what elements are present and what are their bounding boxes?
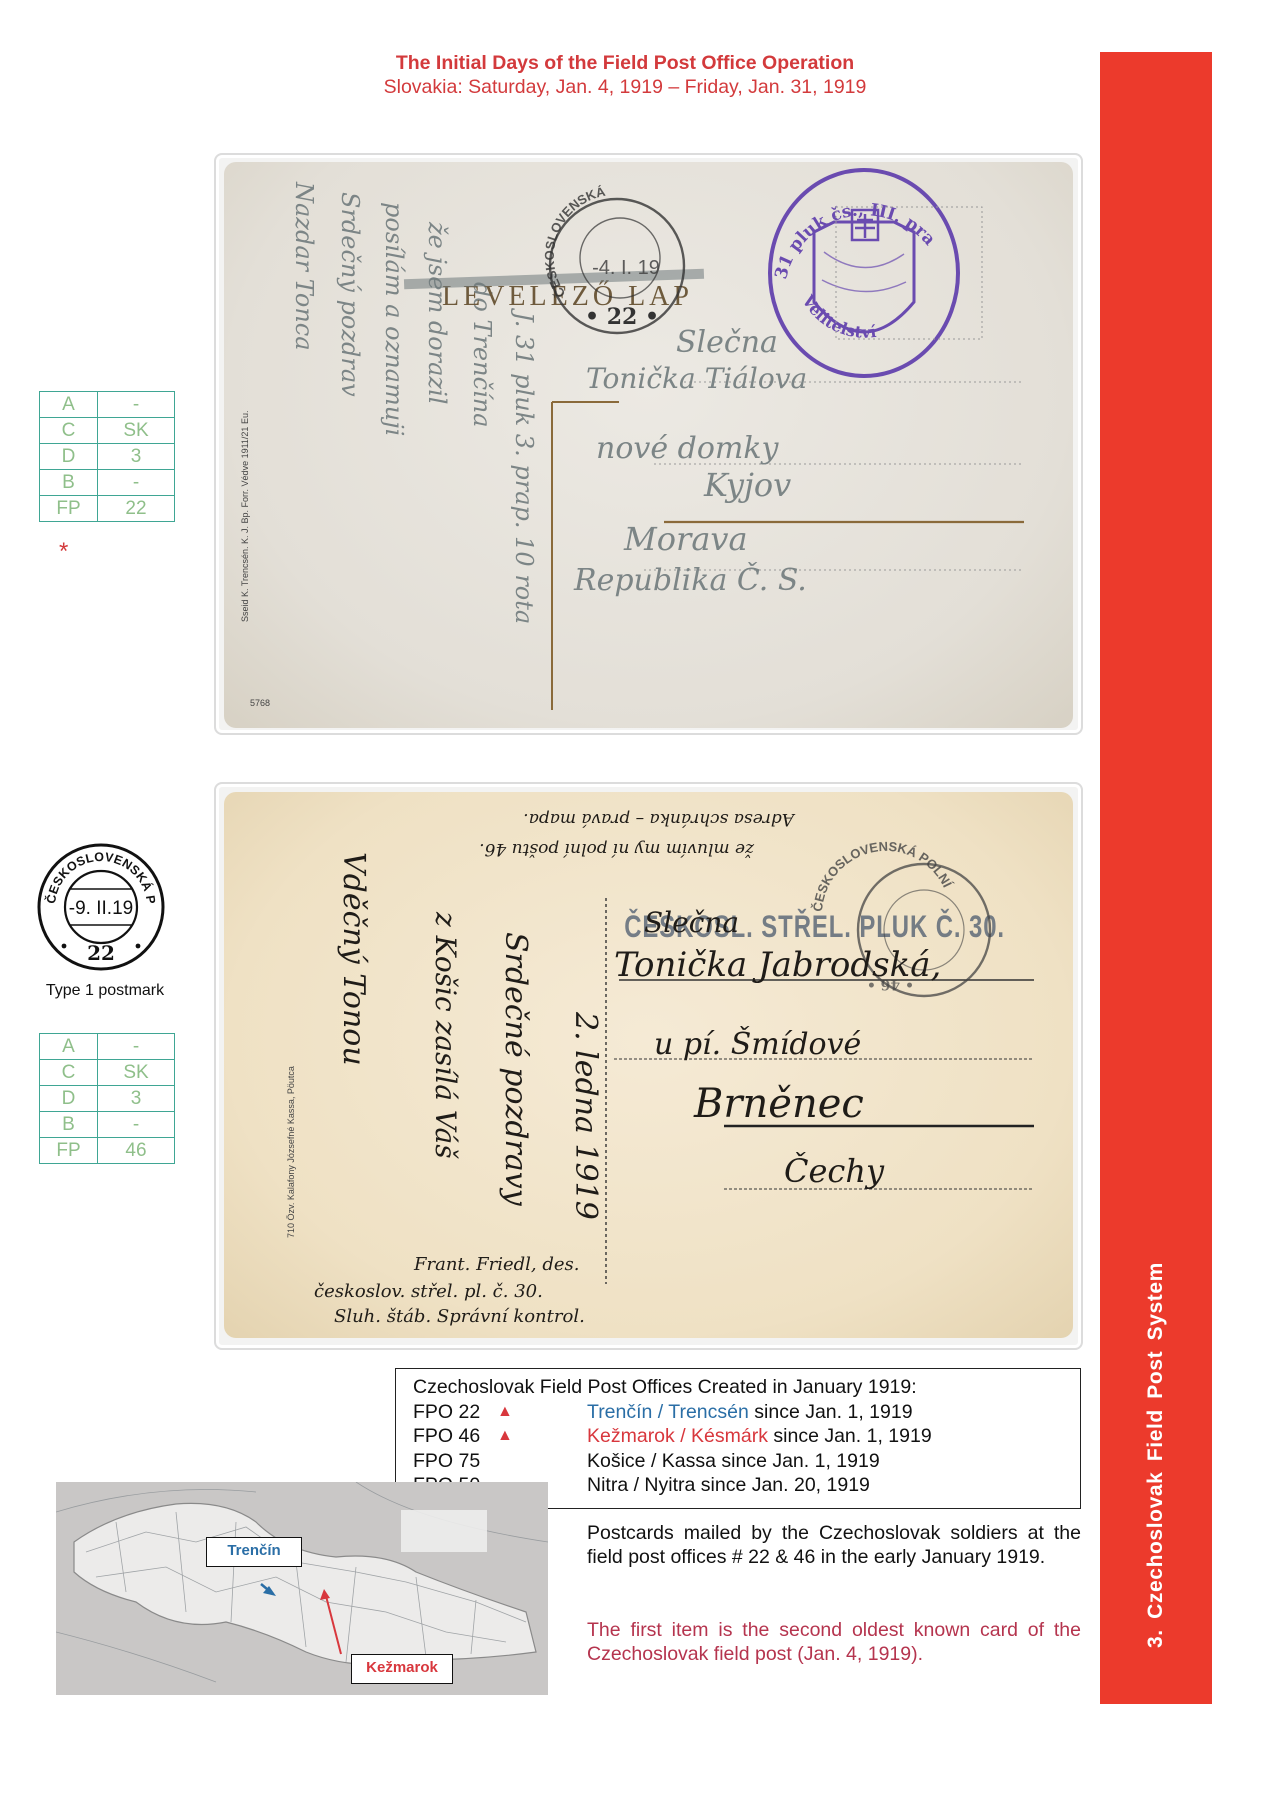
- svg-text:J. 31 pluk 3. prap. 10 rota: J. 31 pluk 3. prap. 10 rota: [510, 307, 538, 624]
- svg-text:u pí. Šmídové: u pí. Šmídové: [654, 1026, 861, 1062]
- svg-text:nové domky: nové domky: [596, 431, 780, 466]
- svg-text:Vděčný Tonou: Vděčný Tonou: [336, 852, 371, 1066]
- svg-text:z Košic zasílá Váš: z Košic zasílá Váš: [429, 911, 462, 1159]
- page-subtitle: Slovakia: Saturday, Jan. 4, 1919 – Frida…: [300, 76, 950, 99]
- svg-text:-9. II.19: -9. II.19: [69, 898, 133, 919]
- postcard-sleeve-2: 710 Özv. Kalafony Józsefné Kassa, Pöutca…: [214, 782, 1083, 1350]
- svg-text:ČESKOSLOVENSKÁ POLNÍ POŠTA: ČESKOSLOVENSKÁ POLNÍ POŠTA: [36, 842, 158, 905]
- grid-key: C: [40, 1060, 98, 1086]
- highlight-note: The first item is the second oldest know…: [587, 1618, 1081, 1666]
- grid-row: A-: [40, 1034, 175, 1060]
- postmark-caption: Type 1 postmark: [20, 982, 190, 1000]
- fpo-since: since Jan. 1, 1919: [716, 1449, 880, 1474]
- grid-value: 46: [98, 1138, 175, 1164]
- fpo-code: FPO 46: [413, 1424, 483, 1449]
- grid-value: -: [98, 1112, 175, 1138]
- fpo-location: Trenčín / Trencsén: [587, 1400, 749, 1425]
- svg-text:Brněnec: Brněnec: [693, 1081, 864, 1127]
- grid-row: CSK: [40, 418, 175, 444]
- page-title: The Initial Days of the Field Post Offic…: [300, 52, 950, 75]
- fpo-since: since Jan. 1, 1919: [749, 1400, 913, 1425]
- fpo-row: FPO 46 ▲ Kežmarok / Késmárk since Jan. 1…: [413, 1424, 1080, 1449]
- fpo-location: Nitra / Nyitra: [587, 1473, 695, 1498]
- map-label-kezmarok: Kežmarok: [351, 1654, 453, 1684]
- grid-value: -: [98, 392, 175, 418]
- triangle-marker-icon: ▲: [483, 1400, 587, 1425]
- classification-grid-fp46: A- CSK D3 B- FP46: [39, 1033, 175, 1164]
- grid-key: D: [40, 1086, 98, 1112]
- handwritten-message: Vděčný Tonouz Košic zasílá VášSrdečné po…: [336, 852, 603, 1220]
- grid-key: B: [40, 1112, 98, 1138]
- fpo-code: FPO 22: [413, 1400, 483, 1425]
- svg-text:Republika Č. S.: Republika Č. S.: [573, 562, 807, 598]
- grid-row: FP22: [40, 496, 175, 522]
- svg-text:že mluvím my ní polní poštu 46: že mluvím my ní polní poštu 46.: [479, 839, 755, 859]
- svg-text:že jsem dorazil: že jsem dorazil: [423, 221, 451, 404]
- grid-value: 3: [98, 1086, 175, 1112]
- postcard-sleeve-1: J. 31 pluk 3. prap. 10 rotado Trenčínaže…: [214, 153, 1083, 735]
- star-icon: *: [59, 540, 68, 564]
- fpo-row: FPO 75 Košice / Kassa since Jan. 1, 1919: [413, 1449, 1080, 1474]
- svg-text:22: 22: [87, 941, 115, 965]
- svg-text:Adresa schránka – pravá mapa.: Adresa schránka – pravá mapa.: [523, 809, 796, 829]
- grid-key: FP: [40, 496, 98, 522]
- grid-value: 3: [98, 444, 175, 470]
- classification-grid-fp22: A- CSK D3 B- FP22: [39, 391, 175, 522]
- grid-row: D3: [40, 1086, 175, 1112]
- grid-value: SK: [98, 418, 175, 444]
- grid-key: B: [40, 470, 98, 496]
- postcard-fpo22: J. 31 pluk 3. prap. 10 rotado Trenčínaže…: [224, 162, 1073, 728]
- svg-text:Tonička Tiálova: Tonička Tiálova: [586, 362, 807, 395]
- chapter-label: 3. Czechoslovak Field Post System: [1144, 1262, 1168, 1648]
- grid-key: A: [40, 392, 98, 418]
- fpo-since: since Jan. 20, 1919: [695, 1473, 870, 1498]
- grid-row: B-: [40, 1112, 175, 1138]
- grid-key: C: [40, 418, 98, 444]
- svg-text:Srdečný pozdrav: Srdečný pozdrav: [336, 192, 364, 397]
- grid-key: D: [40, 444, 98, 470]
- grid-row: B-: [40, 470, 175, 496]
- grid-key: A: [40, 1034, 98, 1060]
- handwritten-address: SlečnaTonička Tiálovanové domkyKyjovMora…: [573, 325, 807, 598]
- svg-text:Sluh. štáb. Správní kontrol.: Sluh. štáb. Správní kontrol.: [334, 1306, 585, 1327]
- postcard-fpo46: 710 Özv. Kalafony Józsefné Kassa, Pöutca…: [224, 792, 1073, 1338]
- grid-key: FP: [40, 1138, 98, 1164]
- svg-text:710 Özv. Kalafony Józsefné Kas: 710 Özv. Kalafony Józsefné Kassa, Pöutca: [286, 1066, 296, 1238]
- grid-row: D3: [40, 444, 175, 470]
- triangle-marker-icon: [483, 1449, 587, 1474]
- svg-text:Slečna: Slečna: [644, 906, 739, 939]
- svg-text:posílám a oznamuji: posílám a oznamuji: [380, 202, 408, 436]
- grid-value: -: [98, 1034, 175, 1060]
- svg-text:Tonička Jabrodská,: Tonička Jabrodská,: [614, 945, 941, 985]
- svg-text:Srdečné pozdravy: Srdečné pozdravy: [498, 932, 533, 1207]
- svg-text:• 22 •: • 22 •: [585, 304, 659, 330]
- grid-row: FP46: [40, 1138, 175, 1164]
- svg-text:5768: 5768: [250, 698, 270, 708]
- svg-text:Slečna: Slečna: [676, 325, 778, 360]
- grid-row: A-: [40, 392, 175, 418]
- type1-postmark-illustration: ČESKOSLOVENSKÁ POLNÍ POŠTA -9. II.19 22: [36, 842, 166, 972]
- grid-value: 22: [98, 496, 175, 522]
- chapter-side-band: 3. Czechoslovak Field Post System: [1100, 52, 1212, 1704]
- svg-text:českoslov. střel. pl. č. 30.: českoslov. střel. pl. č. 30.: [314, 1281, 543, 1302]
- svg-text:Morava: Morava: [623, 520, 748, 558]
- handwritten-message: J. 31 pluk 3. prap. 10 rotado Trenčínaže…: [290, 181, 538, 624]
- triangle-marker-icon: ▲: [483, 1424, 587, 1449]
- fpo-location: Kežmarok / Késmárk: [587, 1424, 768, 1449]
- grid-row: CSK: [40, 1060, 175, 1086]
- svg-text:Čechy: Čechy: [784, 1152, 885, 1190]
- fpo-location: Košice / Kassa: [587, 1449, 716, 1474]
- description-note: Postcards mailed by the Czechoslovak sol…: [587, 1521, 1081, 1569]
- czechoslovakia-map: Trenčín Kežmarok: [56, 1482, 548, 1695]
- svg-text:Velitelství: Velitelství: [798, 291, 877, 342]
- svg-text:Sseid K. Trencsén. K. J. Bp. F: Sseid K. Trencsén. K. J. Bp. Forr. Védve…: [240, 411, 250, 622]
- fpo-heading: Czechoslovak Field Post Offices Created …: [413, 1375, 1080, 1400]
- grid-value: -: [98, 470, 175, 496]
- svg-text:2. ledna 1919: 2. ledna 1919: [568, 1011, 603, 1220]
- fpo-row: FPO 22 ▲ Trenčín / Trencsén since Jan. 1…: [413, 1400, 1080, 1425]
- svg-text:Kyjov: Kyjov: [703, 466, 791, 504]
- svg-text:Nazdar Tonca: Nazdar Tonca: [290, 181, 318, 351]
- fpo-since: since Jan. 1, 1919: [768, 1424, 932, 1449]
- grid-value: SK: [98, 1060, 175, 1086]
- handwritten-address: SlečnaTonička Jabrodská,u pí. ŠmídovéBrn…: [614, 906, 941, 1190]
- fpo-code: FPO 75: [413, 1449, 483, 1474]
- svg-text:-4. I. 19: -4. I. 19: [592, 257, 660, 279]
- map-label-trencin: Trenčín: [206, 1537, 302, 1567]
- svg-text:Frant. Friedl, des.: Frant. Friedl, des.: [413, 1254, 579, 1275]
